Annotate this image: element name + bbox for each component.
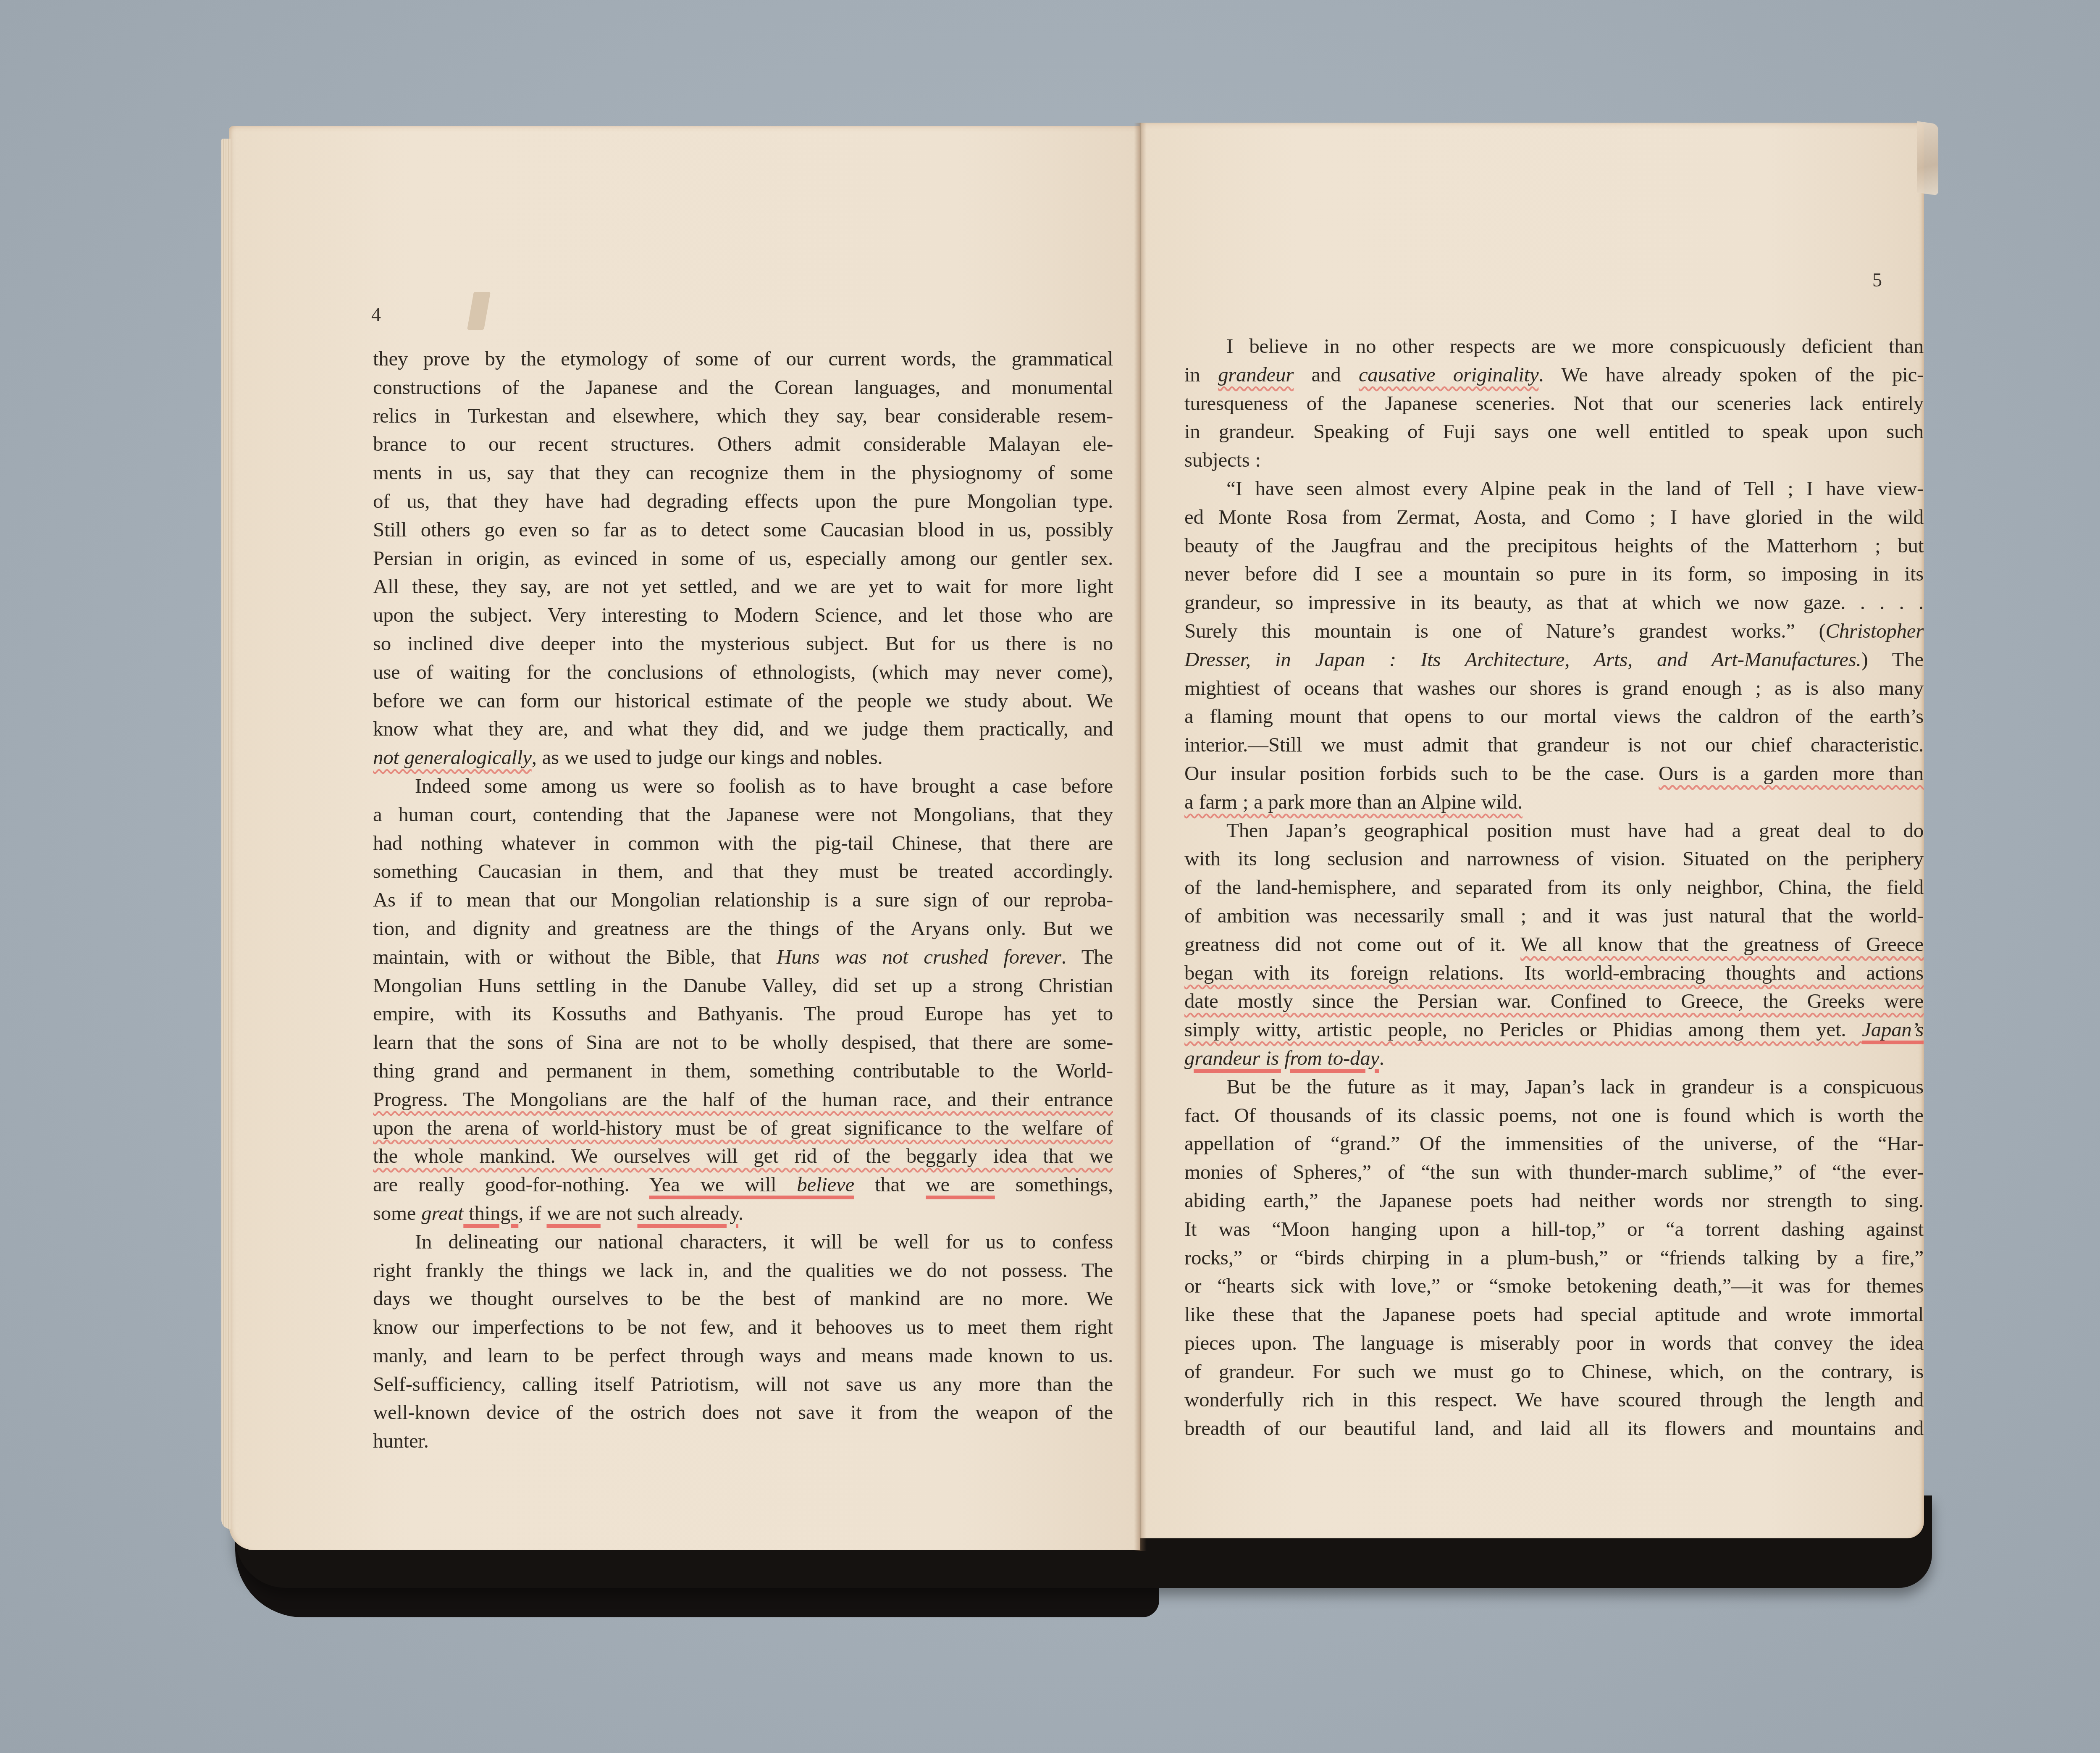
quote-line: Surely this mountain is one of Nature’s …: [1184, 617, 1924, 645]
text-line: As if to mean that our Mongolian relatio…: [373, 886, 1113, 914]
text-line: brance to our recent structures. Others …: [373, 430, 1113, 458]
text-line: right frankly the things we lack in, and…: [373, 1256, 1113, 1285]
text-line: Persian in origin, as evinced in some of…: [373, 544, 1113, 573]
text-span: in: [1184, 363, 1218, 386]
text-line: hunter.: [373, 1427, 1113, 1455]
text-span: Surely this mountain is one of Nature’s …: [1184, 619, 1825, 642]
text-line-underlined: Progress. The Mongolians are the half of…: [373, 1085, 1113, 1114]
highlighted-phrase: things: [463, 1201, 518, 1225]
text-span: maintain, with or without the Bible, tha…: [373, 945, 777, 968]
highlighted-phrase: we are: [546, 1201, 600, 1225]
text-span: . We have already spoken of the pic-: [1538, 363, 1924, 386]
text-span: , if: [518, 1201, 546, 1225]
text-span: . The: [1061, 945, 1113, 968]
text-line: in grandeur. Speaking of Fuji says one w…: [1184, 417, 1924, 446]
text-line-underlined: the whole mankind. We ourselves will get…: [373, 1142, 1113, 1170]
text-span: ) The: [1861, 648, 1924, 671]
text-line: well-known device of the ostrich does no…: [373, 1398, 1113, 1427]
text-line: they prove by the etymology of some of o…: [373, 344, 1113, 373]
text-span: somethings,: [995, 1173, 1113, 1196]
page-number-left: 4: [371, 303, 381, 326]
text-span: and: [1294, 363, 1359, 386]
text-line: manly, and learn to be perfect through w…: [373, 1341, 1113, 1370]
italic-citation: Christopher: [1825, 619, 1924, 642]
right-page-text: I believe in no other respects are we mo…: [1184, 332, 1924, 1443]
text-line: of the land-hemisphere, and separated fr…: [1184, 873, 1924, 901]
text-line: I believe in no other respects are we mo…: [1184, 332, 1924, 360]
text-line: a human court, contending that the Japan…: [373, 800, 1113, 829]
text-line: greatness did not come out of it. We all…: [1184, 930, 1924, 959]
text-span: not: [601, 1201, 638, 1225]
text-line: tion, and dignity and greatness are the …: [373, 914, 1113, 943]
text-span: .: [1379, 1046, 1384, 1070]
italic-underlined-word: grandeur: [1218, 363, 1294, 386]
text-span: .: [738, 1201, 743, 1225]
book-gutter: [1134, 123, 1147, 1551]
text-line: turesqueness of the Japanese sceneries. …: [1184, 389, 1924, 418]
text-line: had nothing whatever in common with the …: [373, 829, 1113, 857]
text-line: subjects :: [1184, 446, 1924, 474]
text-line: But be the future as it may, Japan’s lac…: [1184, 1072, 1924, 1101]
text-line: interior.—Still we must admit that grand…: [1184, 731, 1924, 759]
underlined-phrase: Ours is a garden more than: [1659, 762, 1924, 785]
text-line: of grandeur. For such we must go to Chin…: [1184, 1357, 1924, 1386]
quote-line: never before did I see a mountain so pur…: [1184, 560, 1924, 588]
text-line: abiding earth,” the Japanese poets had n…: [1184, 1186, 1924, 1215]
text-span: some: [373, 1201, 421, 1225]
text-line-underlined: a farm ; a park more than an Alpine wild…: [1184, 788, 1924, 816]
text-line: are really good-for-nothing. Yea we will…: [373, 1170, 1113, 1199]
text-line: days we thought ourselves to be the best…: [373, 1284, 1113, 1313]
italic-underlined-phrase: causative originality: [1359, 363, 1538, 386]
italic-citation: Dresser, in Japan : Its Architecture, Ar…: [1184, 648, 1861, 671]
text-line: know what they are, and what they did, a…: [373, 715, 1113, 743]
italic-highlighted-phrase: grandeur is from to-day: [1184, 1046, 1379, 1070]
text-line: so inclined dive deeper into the mysteri…: [373, 629, 1113, 658]
text-line: wonderfully rich in this respect. We hav…: [1184, 1385, 1924, 1414]
text-line: empire, with its Kossuths and Bathyanis.…: [373, 999, 1113, 1028]
quote-line: grandeur, so impressive in its beauty, a…: [1184, 588, 1924, 617]
text-line: in grandeur and causative originality. W…: [1184, 360, 1924, 389]
text-line: maintain, with or without the Bible, tha…: [373, 943, 1113, 971]
text-line: before we can form our historical estima…: [373, 686, 1113, 715]
text-line: or “hearts sick with love,” or “smoke be…: [1184, 1272, 1924, 1300]
text-line: with its long seclusion and narrowness o…: [1184, 844, 1924, 873]
text-span: that: [854, 1173, 926, 1196]
text-span: Our insular position forbids such to be …: [1184, 762, 1659, 785]
text-line: All these, they say, are not yet settled…: [373, 572, 1113, 601]
italic-highlighted-word: Japan’s: [1862, 1018, 1924, 1041]
text-line: constructions of the Japanese and the Co…: [373, 373, 1113, 402]
left-page-text: they prove by the etymology of some of o…: [373, 344, 1113, 1455]
text-line: monies of Spheres,” of “the sun with thu…: [1184, 1158, 1924, 1186]
italic-highlighted-word: believe: [797, 1173, 854, 1196]
text-line: not generalogically, as we used to judge…: [373, 743, 1113, 772]
quote-line: ed Monte Rosa from Zermat, Aosta, and Co…: [1184, 503, 1924, 531]
text-line: know our imperfections to be not few, an…: [373, 1313, 1113, 1341]
text-line: simply witty, artistic people, no Pericl…: [1184, 1015, 1924, 1044]
text-line: pieces upon. The language is miserably p…: [1184, 1329, 1924, 1357]
underlined-phrase: We all know that the greatness of Greece: [1520, 933, 1924, 956]
text-line: grandeur is from to-day.: [1184, 1044, 1924, 1072]
text-line: of us, that they have had degrading effe…: [373, 487, 1113, 515]
text-line: relics in Turkestan and elsewhere, which…: [373, 402, 1113, 430]
text-line: Indeed some among us were so foolish as …: [373, 772, 1113, 800]
underlined-phrase: simply witty, artistic people, no Pericl…: [1184, 1018, 1862, 1041]
highlighted-phrase: we are: [926, 1173, 995, 1196]
text-line-underlined: began with its foreign relations. Its wo…: [1184, 959, 1924, 987]
text-line-underlined: date mostly since the Persian war. Confi…: [1184, 987, 1924, 1015]
text-line: Then Japan’s geographical position must …: [1184, 816, 1924, 845]
text-span: greatness did not come out of it.: [1184, 933, 1520, 956]
quote-line: Dresser, in Japan : Its Architecture, Ar…: [1184, 645, 1924, 674]
text-line: learn that the sons of Sina are not to b…: [373, 1028, 1113, 1057]
text-line: a flaming mount that opens to our mortal…: [1184, 702, 1924, 731]
text-line: use of waiting for the conclusions of et…: [373, 658, 1113, 686]
text-line: appellation of “grand.” Of the immensiti…: [1184, 1129, 1924, 1158]
text-line: of ambition was necessarily small ; and …: [1184, 901, 1924, 930]
text-line: In delineating our national characters, …: [373, 1227, 1113, 1256]
photo-scene: 4 5 they prove by the etymology of some …: [0, 0, 2100, 1753]
highlighted-phrase: such already: [637, 1201, 738, 1225]
text-line-underlined: upon the arena of world-history must be …: [373, 1114, 1113, 1142]
text-span: , as we used to judge our kings and nobl…: [532, 746, 883, 769]
italic-word: great: [421, 1201, 463, 1225]
text-line: rocks,” or “birds chirping in a plum-bus…: [1184, 1243, 1924, 1272]
text-line: thing grand and permanent in them, somet…: [373, 1057, 1113, 1085]
text-line: breadth of our beautiful land, and laid …: [1184, 1414, 1924, 1443]
text-span: are really good-for-nothing.: [373, 1173, 649, 1196]
text-line: some great things, if we are not such al…: [373, 1199, 1113, 1227]
folded-corner: [1917, 121, 1938, 195]
text-line: Still others go even so far as to detect…: [373, 515, 1113, 544]
italic-phrase: Huns was not crushed forever: [777, 945, 1061, 968]
text-line: upon the subject. Very interesting to Mo…: [373, 601, 1113, 629]
text-line: Self-sufficiency, calling itself Patriot…: [373, 1370, 1113, 1398]
text-line: like these that the Japanese poets had s…: [1184, 1300, 1924, 1329]
torn-edge: [467, 292, 491, 330]
italic-underlined-phrase: not generalogically: [373, 746, 532, 769]
page-number-right: 5: [1872, 269, 1882, 291]
text-line: It was “Moon hanging upon a hill-top,” o…: [1184, 1215, 1924, 1243]
text-line: Mongolian Huns settling in the Danube Va…: [373, 971, 1113, 1000]
highlighted-phrase: Yea we will: [649, 1173, 797, 1196]
text-line: ments in us, say that they can recognize…: [373, 458, 1113, 487]
text-line: Our insular position forbids such to be …: [1184, 759, 1924, 788]
quote-line: beauty of the Jaugfrau and the precipito…: [1184, 531, 1924, 560]
quote-line: “I have seen almost every Alpine peak in…: [1184, 474, 1924, 503]
text-line: something Caucasian in them, and that th…: [373, 857, 1113, 886]
text-line: mightiest of oceans that washes our shor…: [1184, 674, 1924, 702]
text-line: fact. Of thousands of its classic poems,…: [1184, 1101, 1924, 1130]
